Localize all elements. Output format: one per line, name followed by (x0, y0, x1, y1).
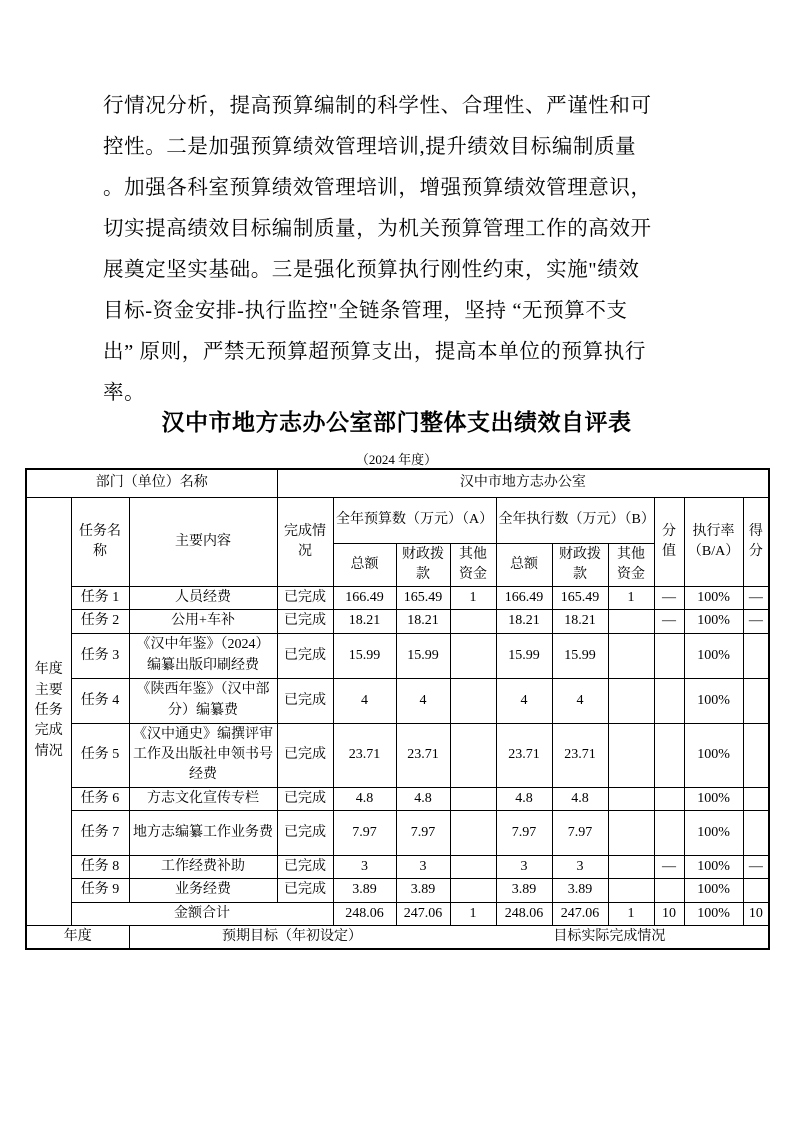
dept-name-value: 汉中市地方志办公室 (277, 469, 769, 497)
task-row: 任务 1 人员经费 已完成 166.49 165.49 1 166.49 165… (26, 587, 769, 610)
paragraph-line: 出” 原则，严禁无预算超预算支出，提高本单位的预算执行 (103, 332, 695, 373)
cell-budget-other (450, 810, 496, 855)
cell-budget-total: 4.8 (333, 787, 396, 810)
task-row: 任务 6 方志文化宣传专栏 已完成 4.8 4.8 4.8 4.8 100% (26, 787, 769, 810)
cell-content: 方志文化宣传专栏 (129, 787, 277, 810)
col-header-budget-other: 其他资金 (450, 543, 496, 587)
cell-exec-total: 3.89 (496, 879, 552, 902)
cell-task: 任务 1 (71, 587, 129, 610)
cell-exec-fiscal: 23.71 (552, 723, 608, 787)
cell-exec-fiscal: 3 (552, 855, 608, 878)
cell-points (654, 810, 684, 855)
task-row: 任务 4 《陕西年鉴》（汉中部分）编纂费 已完成 4 4 4 4 100% (26, 678, 769, 723)
cell-content: 《陕西年鉴》（汉中部分）编纂费 (129, 678, 277, 723)
cell-points (654, 678, 684, 723)
cell-status: 已完成 (277, 810, 333, 855)
cell-status: 已完成 (277, 587, 333, 610)
cell-budget-other (450, 787, 496, 810)
paragraph-line: 目标-资金安排-执行监控"全链条管理，坚持 “无预算不支 (103, 291, 695, 332)
col-header-budget-fiscal: 财政拨款 (396, 543, 450, 587)
task-row: 任务 2 公用+车补 已完成 18.21 18.21 18.21 18.21 —… (26, 610, 769, 633)
cell-exec-fiscal: 7.97 (552, 810, 608, 855)
total-score: 10 (743, 902, 769, 925)
cell-content: 公用+车补 (129, 610, 277, 633)
cell-budget-other (450, 678, 496, 723)
cell-exec-fiscal: 15.99 (552, 633, 608, 678)
cell-budget-other (450, 723, 496, 787)
self-evaluation-table: 部门（单位）名称 汉中市地方志办公室 年度主要任务完成情况 任务名称 主要内容 … (25, 468, 770, 950)
cell-score: — (743, 587, 769, 610)
cell-budget-other (450, 610, 496, 633)
year-label: 年度 (26, 925, 129, 949)
actual-completion-label: 目标实际完成情况 (453, 927, 767, 947)
cell-budget-fiscal: 7.97 (396, 810, 450, 855)
cell-task: 任务 9 (71, 879, 129, 902)
cell-budget-total: 15.99 (333, 633, 396, 678)
cell-budget-fiscal: 4 (396, 678, 450, 723)
cell-score (743, 723, 769, 787)
cell-exec-other (608, 723, 654, 787)
cell-exec-fiscal: 165.49 (552, 587, 608, 610)
total-points: 10 (654, 902, 684, 925)
cell-exec-fiscal: 18.21 (552, 610, 608, 633)
cell-budget-total: 4 (333, 678, 396, 723)
cell-status: 已完成 (277, 879, 333, 902)
cell-exec-total: 7.97 (496, 810, 552, 855)
cell-budget-total: 7.97 (333, 810, 396, 855)
cell-content: 地方志编纂工作业务费 (129, 810, 277, 855)
cell-budget-total: 23.71 (333, 723, 396, 787)
cell-exec-fiscal: 4 (552, 678, 608, 723)
body-paragraph: 行情况分析，提高预算编制的科学性、合理性、严谨性和可 控性。二是加强预算绩效管理… (103, 86, 695, 414)
cell-exec-other (608, 610, 654, 633)
total-exec-fiscal: 247.06 (552, 902, 608, 925)
cell-rate: 100% (684, 587, 743, 610)
cell-budget-total: 3 (333, 855, 396, 878)
cell-budget-fiscal: 4.8 (396, 787, 450, 810)
cell-points (654, 633, 684, 678)
col-header-main-content: 主要内容 (129, 497, 277, 587)
cell-budget-other (450, 879, 496, 902)
cell-score: — (743, 855, 769, 878)
cell-exec-fiscal: 4.8 (552, 787, 608, 810)
cell-points (654, 723, 684, 787)
cell-content: 《汉中年鉴》（2024）编纂出版印刷经费 (129, 633, 277, 678)
col-header-budget-total: 总额 (333, 543, 396, 587)
cell-exec-other (608, 855, 654, 878)
cell-rate: 100% (684, 879, 743, 902)
cell-rate: 100% (684, 787, 743, 810)
total-exec-other: 1 (608, 902, 654, 925)
task-row: 任务 8 工作经费补助 已完成 3 3 3 3 — 100% — (26, 855, 769, 878)
col-header-exec-fiscal: 财政拨款 (552, 543, 608, 587)
cell-budget-total: 18.21 (333, 610, 396, 633)
cell-content: 工作经费补助 (129, 855, 277, 878)
annual-goal-row: 年度 预期目标（年初设定） 目标实际完成情况 (26, 925, 769, 949)
cell-content: 业务经费 (129, 879, 277, 902)
paragraph-line: 切实提高绩效目标编制质量，为机关预算管理工作的高效开 (103, 209, 695, 250)
total-row: 金额合计 248.06 247.06 1 248.06 247.06 1 10 … (26, 902, 769, 925)
col-header-score: 得分 (743, 497, 769, 587)
cell-budget-fiscal: 18.21 (396, 610, 450, 633)
cell-task: 任务 4 (71, 678, 129, 723)
cell-budget-fiscal: 3.89 (396, 879, 450, 902)
cell-budget-fiscal: 165.49 (396, 587, 450, 610)
cell-points: — (654, 855, 684, 878)
total-budget-fiscal: 247.06 (396, 902, 450, 925)
cell-exec-total: 15.99 (496, 633, 552, 678)
cell-budget-other: 1 (450, 587, 496, 610)
col-header-exec-group: 全年执行数（万元）（B） (496, 497, 654, 543)
cell-status: 已完成 (277, 723, 333, 787)
document-page: 行情况分析，提高预算编制的科学性、合理性、严谨性和可 控性。二是加强预算绩效管理… (0, 0, 793, 1122)
cell-task: 任务 5 (71, 723, 129, 787)
cell-budget-fiscal: 15.99 (396, 633, 450, 678)
cell-exec-fiscal: 3.89 (552, 879, 608, 902)
cell-points (654, 787, 684, 810)
total-rate: 100% (684, 902, 743, 925)
dept-row: 部门（单位）名称 汉中市地方志办公室 (26, 469, 769, 497)
cell-exec-total: 4.8 (496, 787, 552, 810)
cell-content: 《汉中通史》编撰评审工作及出版社申领书号经费 (129, 723, 277, 787)
cell-score (743, 633, 769, 678)
cell-exec-other (608, 879, 654, 902)
expected-goal-label: 预期目标（年初设定） (132, 927, 453, 947)
cell-exec-total: 166.49 (496, 587, 552, 610)
cell-score: — (743, 610, 769, 633)
cell-score (743, 879, 769, 902)
cell-status: 已完成 (277, 678, 333, 723)
col-header-budget-group: 全年预算数（万元）（A） (333, 497, 496, 543)
cell-exec-other: 1 (608, 587, 654, 610)
cell-task: 任务 6 (71, 787, 129, 810)
cell-score (743, 678, 769, 723)
cell-rate: 100% (684, 723, 743, 787)
cell-task: 任务 3 (71, 633, 129, 678)
year-goals-cell: 预期目标（年初设定） 目标实际完成情况 (129, 925, 769, 949)
cell-score (743, 810, 769, 855)
col-header-exec-total: 总额 (496, 543, 552, 587)
col-header-completion: 完成情况 (277, 497, 333, 587)
cell-points: — (654, 610, 684, 633)
cell-exec-total: 23.71 (496, 723, 552, 787)
cell-exec-other (608, 633, 654, 678)
cell-task: 任务 7 (71, 810, 129, 855)
cell-budget-fiscal: 23.71 (396, 723, 450, 787)
dept-name-label: 部门（单位）名称 (26, 469, 277, 497)
cell-rate: 100% (684, 633, 743, 678)
cell-content: 人员经费 (129, 587, 277, 610)
paragraph-line: 控性。二是加强预算绩效管理培训,提升绩效目标编制质量 (103, 127, 695, 168)
task-row: 任务 3 《汉中年鉴》（2024）编纂出版印刷经费 已完成 15.99 15.9… (26, 633, 769, 678)
cell-score (743, 787, 769, 810)
cell-rate: 100% (684, 810, 743, 855)
col-header-points: 分值 (654, 497, 684, 587)
cell-rate: 100% (684, 610, 743, 633)
total-label: 金额合计 (71, 902, 333, 925)
cell-points (654, 879, 684, 902)
paragraph-line: 行情况分析，提高预算编制的科学性、合理性、严谨性和可 (103, 86, 695, 127)
annual-tasks-section-label: 年度主要任务完成情况 (26, 497, 71, 925)
report-title: 汉中市地方志办公室部门整体支出绩效自评表 (0, 404, 793, 437)
cell-status: 已完成 (277, 633, 333, 678)
cell-budget-fiscal: 3 (396, 855, 450, 878)
cell-budget-total: 3.89 (333, 879, 396, 902)
cell-status: 已完成 (277, 855, 333, 878)
cell-exec-other (608, 678, 654, 723)
task-row: 任务 7 地方志编纂工作业务费 已完成 7.97 7.97 7.97 7.97 … (26, 810, 769, 855)
cell-status: 已完成 (277, 610, 333, 633)
task-row: 任务 5 《汉中通史》编撰评审工作及出版社申领书号经费 已完成 23.71 23… (26, 723, 769, 787)
cell-task: 任务 2 (71, 610, 129, 633)
cell-status: 已完成 (277, 787, 333, 810)
cell-rate: 100% (684, 678, 743, 723)
cell-task: 任务 8 (71, 855, 129, 878)
cell-budget-other (450, 855, 496, 878)
total-exec-total: 248.06 (496, 902, 552, 925)
cell-exec-other (608, 810, 654, 855)
report-year: （2024 年度） (0, 449, 793, 468)
col-header-exec-other: 其他资金 (608, 543, 654, 587)
cell-budget-other (450, 633, 496, 678)
cell-exec-total: 4 (496, 678, 552, 723)
task-row: 任务 9 业务经费 已完成 3.89 3.89 3.89 3.89 100% (26, 879, 769, 902)
total-budget-total: 248.06 (333, 902, 396, 925)
cell-rate: 100% (684, 855, 743, 878)
cell-exec-other (608, 787, 654, 810)
header-row-1: 年度主要任务完成情况 任务名称 主要内容 完成情况 全年预算数（万元）（A） 全… (26, 497, 769, 543)
col-header-task-name: 任务名称 (71, 497, 129, 587)
cell-points: — (654, 587, 684, 610)
paragraph-line: 展奠定坚实基础。三是强化预算执行刚性约束，实施"绩效 (103, 250, 695, 291)
paragraph-line: 。加强各科室预算绩效管理培训，增强预算绩效管理意识， (103, 168, 695, 209)
total-budget-other: 1 (450, 902, 496, 925)
cell-exec-total: 18.21 (496, 610, 552, 633)
cell-exec-total: 3 (496, 855, 552, 878)
cell-budget-total: 166.49 (333, 587, 396, 610)
col-header-exec-rate: 执行率（B/A） (684, 497, 743, 587)
